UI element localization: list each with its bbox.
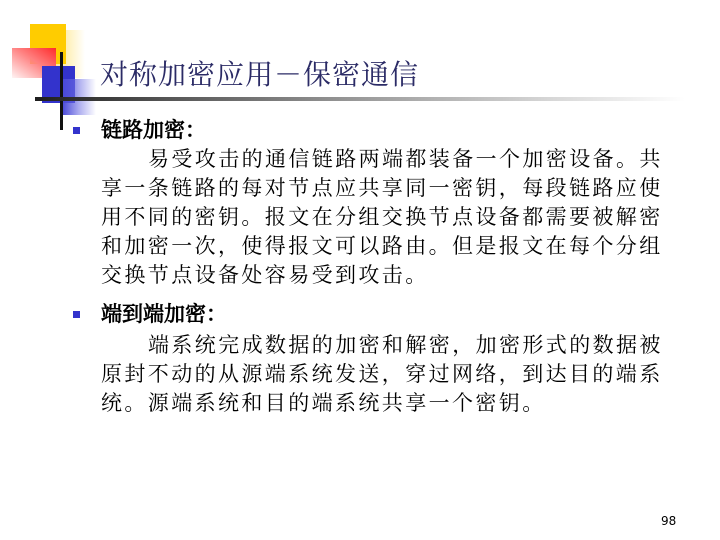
slide-title: 对称加密应用－保密通信 — [100, 57, 419, 93]
bullet-icon — [73, 127, 80, 134]
body-line: 用不同的密钥。报文在分组交换节点设备都需要被解密 — [101, 203, 681, 232]
section-heading-link-encryption: 链路加密： — [101, 116, 206, 145]
body-line: 易受攻击的通信链路两端都装备一个加密设备。共 — [101, 145, 681, 174]
section-heading-end-to-end-encryption: 端到端加密： — [101, 300, 227, 329]
section-body-end-to-end-encryption: 端系统完成数据的加密和解密，加密形式的数据被 原封不动的从源端系统发送，穿过网络… — [101, 331, 681, 418]
body-line: 交换节点设备处容易受到攻击。 — [101, 261, 681, 290]
body-line: 端系统完成数据的加密和解密，加密形式的数据被 — [101, 331, 681, 360]
body-line: 统。源端系统和目的端系统共享一个密钥。 — [101, 389, 681, 418]
section-body-link-encryption: 易受攻击的通信链路两端都装备一个加密设备。共 享一条链路的每对节点应共享同一密钥… — [101, 145, 681, 290]
title-underline — [35, 97, 685, 101]
bullet-icon — [73, 311, 80, 318]
body-line: 原封不动的从源端系统发送，穿过网络，到达目的端系 — [101, 360, 681, 389]
body-line: 和加密一次，使得报文可以路由。但是报文在每个分组 — [101, 232, 681, 261]
logo-vertical-line — [60, 52, 63, 130]
body-line: 享一条链路的每对节点应共享同一密钥，每段链路应使 — [101, 174, 681, 203]
page-number: 98 — [661, 514, 676, 528]
